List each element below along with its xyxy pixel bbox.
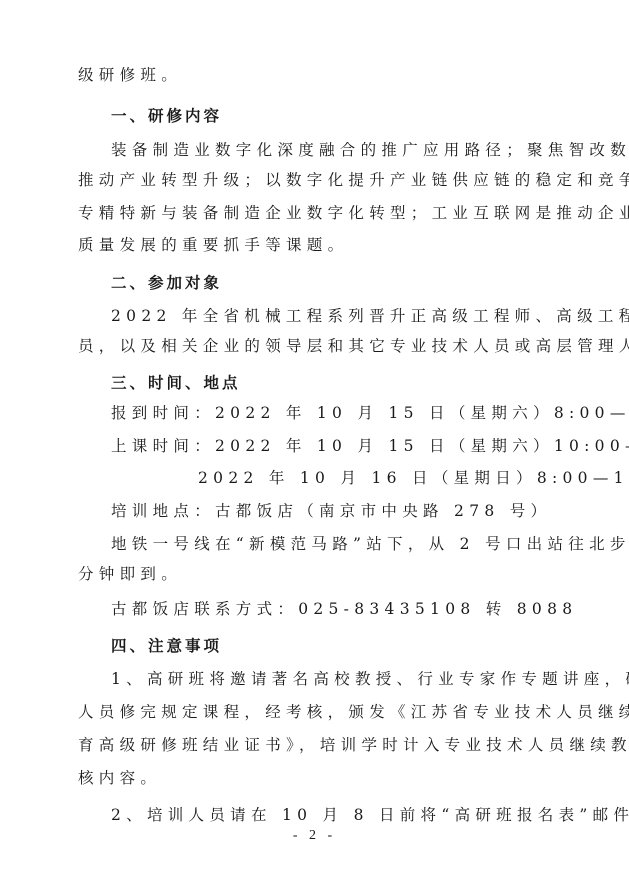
paragraph-line: 培训地点：古都饭店（南京市中央路 278 号） xyxy=(111,501,551,521)
section-heading: 二、参加对象 xyxy=(111,273,222,293)
paragraph-line: 报到时间：2022 年 10 月 15 日（星期六）8:00—10:00 xyxy=(111,403,629,423)
paragraph-line: 级研修班。 xyxy=(78,65,182,85)
paragraph-line: 2、培训人员请在 10 月 8 日前将“高研班报名表”邮件发送 xyxy=(111,805,629,825)
page-number: - 2 - xyxy=(0,828,629,844)
paragraph-line: 地铁一号线在“新模范马路”站下，从 2 号口出站往北步行 5 xyxy=(111,534,629,554)
paragraph-line: 古都饭店联系方式：025-83435108 转 8088 xyxy=(111,599,577,619)
paragraph-line: 分钟即到。 xyxy=(78,564,182,584)
paragraph-line: 上课时间：2022 年 10 月 15 日（星期六）10:00—18:00 xyxy=(111,436,629,456)
section-heading: 一、研修内容 xyxy=(111,106,222,126)
paragraph-line: 质量发展的重要抓手等课题。 xyxy=(78,235,348,255)
paragraph-line: 员，以及相关企业的领导层和其它专业技术人员或高层管理人员。 xyxy=(78,336,629,356)
paragraph-line: 2022 年全省机械工程系列晋升正高级工程师、高级工程师人 xyxy=(111,306,629,326)
paragraph-line: 推动产业转型升级；以数字化提升产业链供应链的稳定和竞争力； xyxy=(78,170,629,190)
paragraph-line: 专精特新与装备制造企业数字化转型；工业互联网是推动企业高 xyxy=(78,203,629,223)
paragraph-line: 人员修完规定课程，经考核，颁发《江苏省专业技术人员继续教 xyxy=(78,702,629,722)
paragraph-line: 装备制造业数字化深度融合的推广应用路径；聚焦智改数转， xyxy=(111,140,629,160)
paragraph-line: 2022 年 10 月 16 日（星期日）8:00—15:00 xyxy=(198,468,629,488)
paragraph-line: 1、高研班将邀请著名高校教授、行业专家作专题讲座，研修 xyxy=(111,669,629,689)
section-heading: 四、注意事项 xyxy=(111,636,222,656)
paragraph-line: 核内容。 xyxy=(78,768,161,788)
section-heading: 三、时间、地点 xyxy=(111,373,241,393)
paragraph-line: 育高级研修班结业证书》，培训学时计入专业技术人员继续教育考 xyxy=(78,735,629,755)
